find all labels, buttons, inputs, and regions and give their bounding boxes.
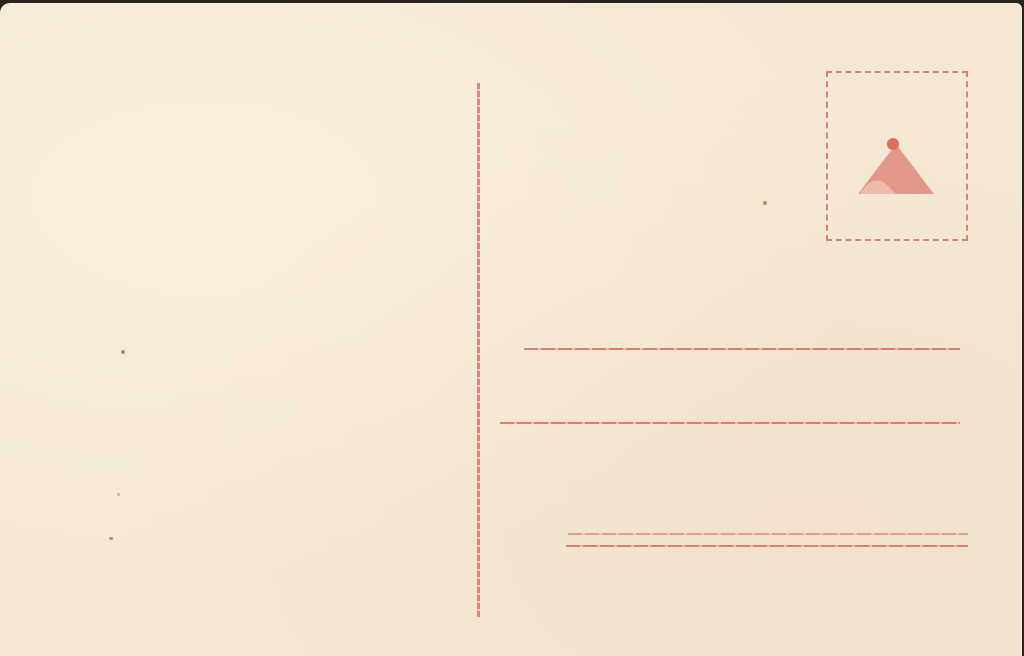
paper-spot [763, 201, 767, 205]
address-line-4 [566, 545, 968, 547]
address-line-2 [500, 422, 960, 424]
address-line-3 [568, 533, 968, 535]
paper-spot [121, 350, 125, 354]
mountain-logo-icon [856, 136, 936, 196]
paper-spot [109, 537, 113, 540]
center-divider-line [477, 83, 480, 617]
paper-spot [117, 493, 120, 496]
postcard-back [0, 3, 1022, 656]
address-line-1 [524, 348, 960, 350]
